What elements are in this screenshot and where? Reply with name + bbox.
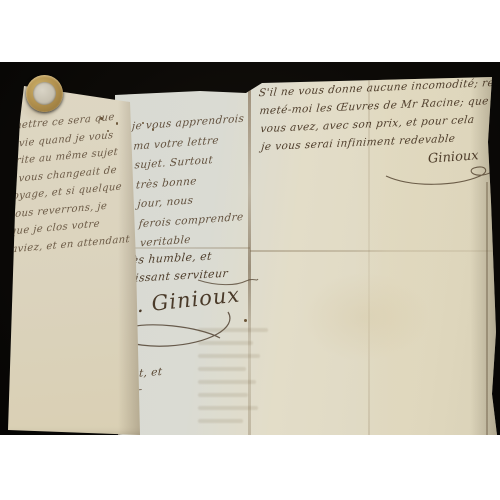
left-page-column: je vous apprendroisma votre lettresujet.… [131, 108, 325, 257]
ink-speck [244, 319, 247, 322]
showthrough-mark [198, 341, 253, 345]
showthrough-mark [198, 354, 260, 358]
scale-coin-center [33, 82, 56, 105]
product-photo-canvas: S'il ne vous donne aucune incomodité; re… [0, 0, 500, 500]
ink-showthrough-column [198, 328, 268, 432]
showthrough-mark [198, 406, 258, 410]
scale-coin [26, 75, 63, 112]
showthrough-mark [198, 328, 268, 332]
letter-photograph: S'il ne vous donne aucune incomodité; re… [0, 62, 500, 435]
showthrough-mark [198, 367, 246, 371]
showthrough-mark [198, 419, 243, 423]
showthrough-mark [198, 380, 256, 384]
showthrough-mark [198, 393, 248, 397]
